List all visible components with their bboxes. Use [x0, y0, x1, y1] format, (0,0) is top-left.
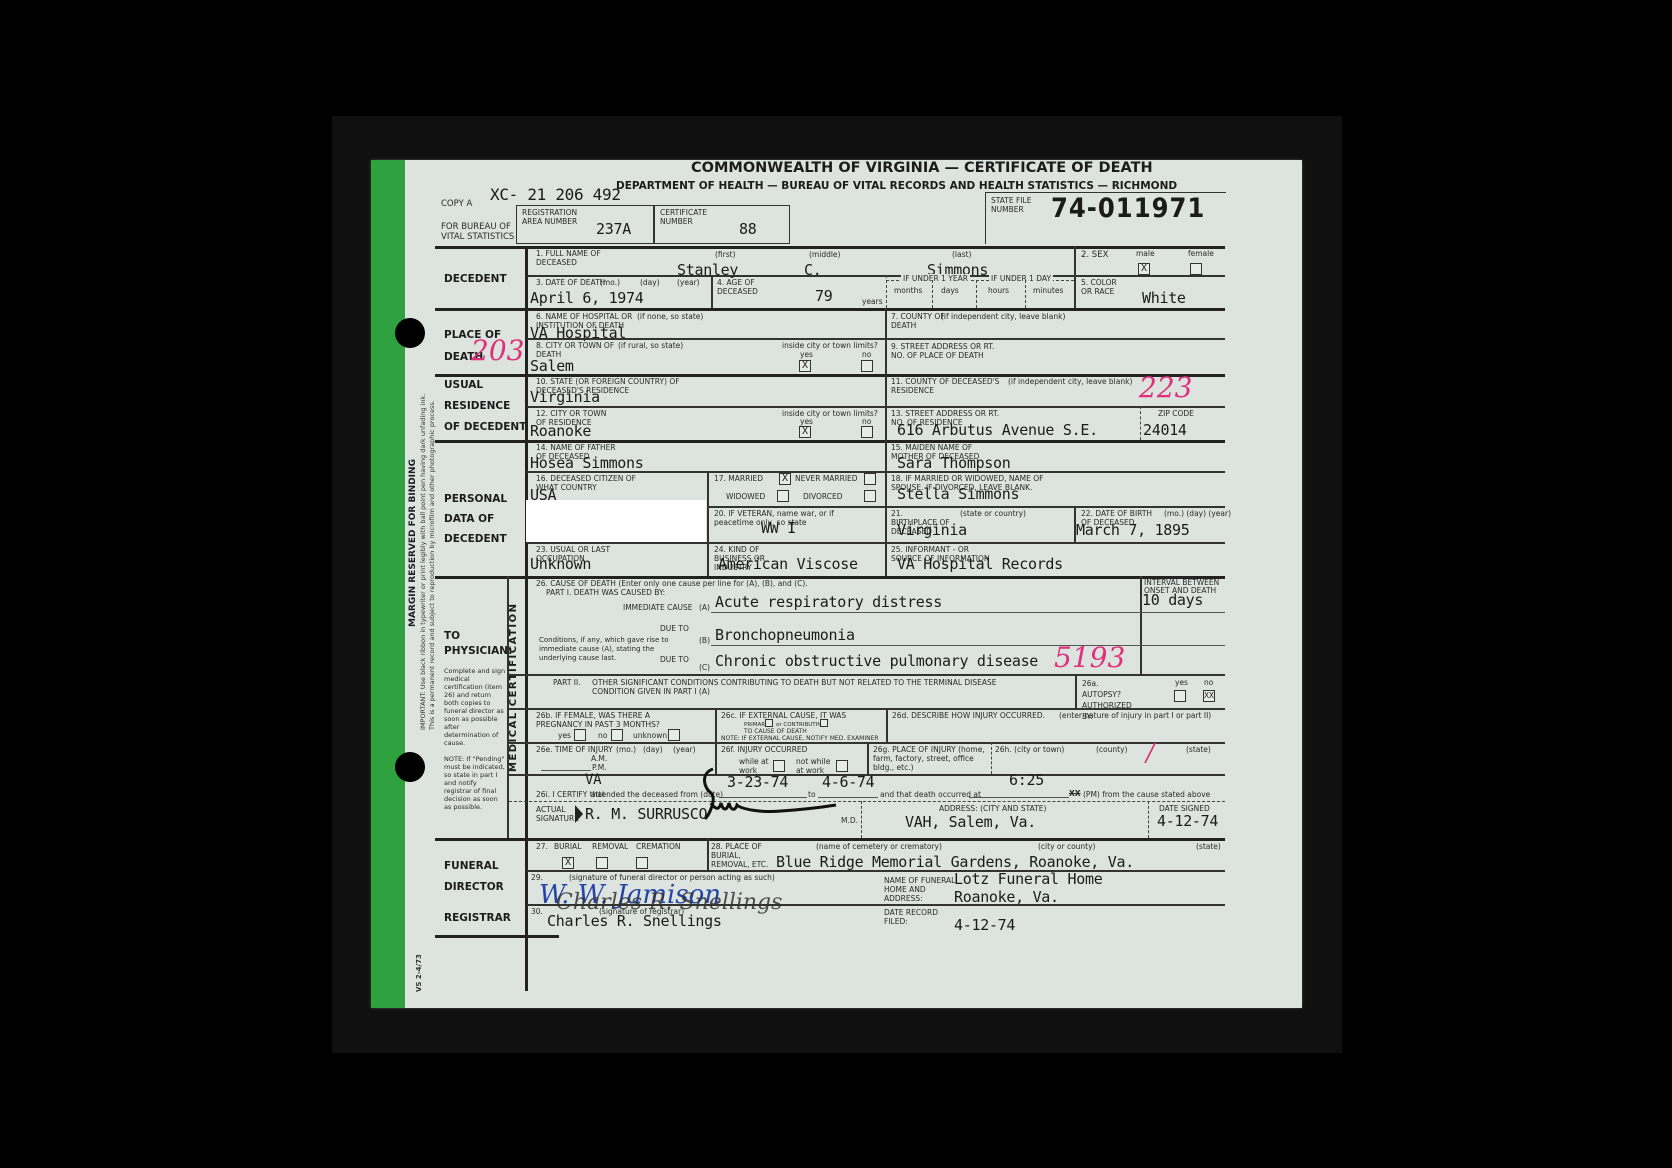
cremation-label: CREMATION	[636, 842, 681, 851]
rule	[991, 742, 992, 774]
years-label: years	[862, 297, 883, 306]
certify-mark: VA	[585, 772, 601, 788]
mother-value: Sara Thompson	[897, 454, 1011, 472]
section-usual: USUAL	[444, 379, 483, 391]
street-of-death-label: 9. STREET ADDRESS OR RT. NO. OF PLACE OF…	[891, 342, 1001, 360]
middle-label: (middle)	[809, 250, 840, 259]
due-to-label: DUE TO	[660, 655, 689, 664]
date-of-death-value: April 6, 1974	[530, 289, 644, 307]
part2-text: OTHER SIGNIFICANT CONDITIONS CONTRIBUTIN…	[592, 678, 1012, 696]
limits-label: inside city or town limits?	[782, 341, 878, 350]
part2-label: PART II.	[553, 678, 581, 687]
married-checkbox[interactable]: X	[779, 473, 791, 485]
male-label: male	[1136, 249, 1155, 258]
rule	[711, 612, 1141, 613]
business-value: American Viscose	[718, 555, 858, 573]
residence-street-value: 616 Arbutus Avenue S.E.	[897, 421, 1098, 439]
divider	[653, 205, 655, 243]
date-filed-value: 4-12-74	[954, 916, 1015, 934]
injury-occurred-label: 26f. INJURY OCCURRED	[721, 745, 807, 754]
race-value: White	[1142, 289, 1186, 307]
primary-checkbox[interactable]	[765, 719, 773, 727]
section-residence: RESIDENCE	[444, 400, 510, 412]
cause-b-value: Bronchopneumonia	[715, 626, 855, 644]
certificate-subtitle: DEPARTMENT OF HEALTH — BUREAU OF VITAL R…	[616, 180, 1177, 192]
rule	[1074, 246, 1076, 308]
residence-county-label: 11. COUNTY OF DECEASED'S RESIDENCE	[891, 377, 1021, 395]
death-time-value: 6:25	[1009, 771, 1044, 789]
rule	[509, 708, 1225, 710]
part1-label: PART I. DEATH WAS CAUSED BY:	[546, 588, 665, 597]
section-decedent-2: DECEDENT	[444, 533, 507, 545]
form-code: VS 2-4/73	[415, 954, 423, 992]
pregnancy-no-label: no	[598, 731, 607, 740]
county-mark-annotation: /	[1146, 739, 1154, 767]
cremation-checkbox[interactable]	[636, 857, 648, 869]
cause-a-value: Acute respiratory distress	[715, 593, 942, 611]
autopsy-no-checkbox[interactable]: XX	[1203, 690, 1215, 702]
mo-label: (mo.)	[600, 278, 620, 287]
section-funeral: FUNERAL	[444, 860, 499, 872]
city-of-death-value: Salem	[530, 357, 574, 375]
residence-inside-limits-yes-checkbox[interactable]: X	[799, 426, 811, 438]
death-occurred-label: and that death occurred at	[880, 790, 981, 799]
burial-city-hint: (city or county)	[1038, 842, 1095, 851]
date-signed-value: 4-12-74	[1157, 812, 1218, 830]
pregnancy-unknown-checkbox[interactable]	[668, 729, 680, 741]
burial-checkbox[interactable]: X	[562, 857, 574, 869]
certificate-number-label: CERTIFICATE NUMBER	[660, 208, 720, 226]
sex-label: 2. SEX	[1081, 250, 1108, 260]
section-physician: PHYSICIAN:	[444, 645, 512, 657]
rule	[509, 674, 1225, 676]
rule	[711, 275, 713, 308]
rule	[527, 870, 1225, 872]
cause-code-annotation: 5193	[1054, 641, 1125, 674]
zip-value: 24014	[1143, 421, 1187, 439]
female-label: female	[1188, 249, 1214, 258]
important-note-1: IMPORTANT: Use black ribbon in typewrite…	[419, 394, 427, 730]
md-label: M.D.	[841, 816, 858, 825]
death-inside-limits-no-checkbox[interactable]	[861, 360, 873, 372]
rule	[707, 506, 1225, 508]
registration-area-number: 237A	[596, 220, 631, 238]
cause-c-marker: (C)	[699, 663, 710, 672]
residence-county-hint: (if independent city, leave blank)	[1008, 377, 1132, 386]
under-year-label: IF UNDER 1 YEAR	[901, 274, 970, 283]
days-label: days	[941, 286, 959, 295]
father-value: Hosea Simmons	[530, 454, 644, 472]
pm-cause-label: (PM) from the cause stated above	[1083, 790, 1210, 799]
months-label: months	[894, 286, 922, 295]
address-label: ADDRESS: (CITY AND STATE)	[939, 804, 1046, 813]
occupation-value: Unknown	[530, 555, 591, 573]
rule	[707, 542, 709, 576]
age-value: 79	[815, 287, 832, 305]
age-label: 4. AGE OF DECEASED	[717, 278, 777, 296]
date-filed-label: DATE RECORD FILED:	[884, 908, 944, 926]
physician-note: Complete and sign medical certification …	[444, 667, 506, 747]
rule	[435, 308, 1225, 311]
section-to: TO	[444, 630, 460, 642]
rule	[861, 801, 862, 838]
yes-label: yes	[800, 350, 813, 359]
zip-label: ZIP CODE	[1158, 409, 1194, 418]
physician-signature	[701, 763, 841, 823]
interval-value: 10 days	[1142, 591, 1203, 609]
copy-number: XC- 21 206 492	[490, 185, 621, 204]
physician-name-value: R. M. SURRUSCO	[585, 805, 707, 823]
binding-margin-text: MARGIN RESERVED FOR BINDING	[408, 459, 418, 627]
divorced-label: DIVORCED	[803, 492, 842, 501]
minutes-label: minutes	[1033, 286, 1063, 295]
pregnancy-label: 26b. IF FEMALE, WAS THERE A PREGNANCY IN…	[536, 711, 696, 729]
medical-certification-label: MEDICAL CERTIFICATION	[508, 603, 519, 772]
rule	[867, 742, 869, 774]
injury-how-label: 26d. DESCRIBE HOW INJURY OCCURRED.	[892, 711, 1045, 720]
certificate-number: 88	[739, 220, 756, 238]
pregnancy-unknown-label: unknown	[633, 731, 667, 740]
pregnancy-yes-label: yes	[558, 731, 571, 740]
county-of-death-label: 7. COUNTY OF DEATH	[891, 312, 946, 330]
race-label: 5. COLOR OR RACE	[1081, 278, 1126, 296]
rule	[435, 838, 1225, 841]
punch-hole-bottom	[395, 752, 425, 782]
physician-address-value: VAH, Salem, Va.	[905, 813, 1036, 831]
am-strike-mark: XX	[1069, 789, 1081, 798]
rule	[885, 440, 887, 576]
disposition-label: 27.	[536, 842, 548, 851]
bureau-label: FOR BUREAU OF VITAL STATISTICS	[441, 222, 521, 242]
removal-checkbox[interactable]	[596, 857, 608, 869]
rule	[886, 708, 888, 742]
day-label: (day)	[643, 745, 663, 754]
funeral-home-name: Lotz Funeral Home	[954, 870, 1102, 888]
place-of-injury-label: 26g. PLACE OF INJURY (home, farm, factor…	[873, 745, 988, 772]
rule	[711, 645, 1225, 646]
hours-label: hours	[988, 286, 1009, 295]
registrar-name: Charles R. Snellings	[547, 912, 722, 930]
burial-label: BURIAL	[554, 842, 581, 851]
rule	[885, 308, 887, 374]
birthdate-value: March 7, 1895	[1076, 521, 1190, 539]
residence-inside-limits-no-checkbox[interactable]	[861, 426, 873, 438]
section-data-of: DATA OF	[444, 513, 494, 525]
widowed-label: WIDOWED	[726, 492, 765, 501]
am-label: A.M.	[591, 754, 607, 763]
funeral-home-label: NAME OF FUNERAL HOME AND ADDRESS:	[884, 876, 964, 903]
state-file-label: STATE FILE NUMBER	[991, 196, 1041, 214]
city-of-death-hint: (if rural, so state)	[618, 341, 683, 350]
mo-label: (mo.)	[616, 745, 636, 754]
injury-how-hint: (enter nature of injury in part I or par…	[1059, 711, 1211, 720]
signature-arrow-icon	[575, 805, 583, 823]
hospital-hint: (if none, so state)	[637, 312, 703, 321]
burial-place-label: 28. PLACE OF BURIAL, REMOVAL, ETC.	[711, 842, 771, 869]
registrar-number: 30.	[531, 907, 543, 916]
contributing-checkbox[interactable]	[820, 719, 828, 727]
cause-b-marker: (B)	[699, 636, 710, 645]
yes-label: yes	[800, 417, 813, 426]
widowed-checkbox[interactable]	[777, 490, 789, 502]
date-of-death-label: 3. DATE OF DEATH	[536, 278, 605, 287]
no-label: no	[862, 417, 871, 426]
never-married-label: NEVER MARRIED	[795, 474, 858, 483]
autopsy-yes-label: yes	[1175, 678, 1188, 687]
rule	[1140, 612, 1225, 613]
time-of-injury-label: 26e. TIME OF INJURY	[536, 745, 613, 754]
no-label: no	[862, 350, 871, 359]
copy-label: COPY A	[441, 199, 472, 209]
cemetery-hint: (name of cemetery or crematory)	[816, 842, 942, 851]
rule	[976, 280, 977, 308]
rule	[435, 935, 559, 938]
sex-male-checkbox[interactable]: X	[1138, 263, 1150, 275]
birthplace-value: Virginia	[897, 521, 967, 539]
injury-city-label: 26h. (city or town)	[995, 745, 1064, 754]
residence-state-value: Virginia	[530, 388, 600, 406]
redacted-region	[526, 500, 706, 542]
rule	[527, 542, 1225, 544]
field-1-label: 1. FULL NAME OF DECEASED	[536, 249, 616, 267]
burial-place-value: Blue Ridge Memorial Gardens, Roanoke, Va…	[776, 853, 1134, 871]
pregnancy-yes-checkbox[interactable]	[574, 729, 586, 741]
rule	[509, 801, 1225, 802]
rule	[527, 338, 1225, 340]
rule	[1140, 406, 1141, 440]
sex-female-checkbox[interactable]	[1190, 263, 1202, 275]
pregnancy-no-checkbox[interactable]	[611, 729, 623, 741]
removal-label: REMOVAL	[592, 842, 628, 851]
under-day-label: IF UNDER 1 DAY	[989, 274, 1053, 283]
county-of-death-hint: (if independent city, leave blank)	[941, 312, 1065, 321]
cause-c-value: Chronic obstructive pulmonary disease	[715, 652, 1038, 670]
rule	[1025, 280, 1026, 308]
pending-note: NOTE: If "Pending" must be indicated, so…	[444, 755, 506, 811]
rule	[707, 838, 709, 870]
important-note-2: This is a permanent record and subject t…	[428, 400, 436, 730]
rule	[541, 770, 591, 771]
section-of-decedent: OF DECEDENT	[444, 421, 526, 433]
rule	[525, 246, 528, 991]
death-inside-limits-yes-checkbox[interactable]: X	[799, 360, 811, 372]
never-married-checkbox[interactable]	[864, 473, 876, 485]
year-label: (year)	[673, 745, 696, 754]
injury-county-label: (county)	[1096, 745, 1127, 754]
rule	[1148, 801, 1149, 838]
section-director: DIRECTOR	[444, 881, 504, 893]
married-label: 17. MARRIED	[714, 474, 763, 483]
state-file-number: 74-011971	[1051, 193, 1205, 224]
year-label: (year)	[677, 278, 700, 287]
punch-hole-top	[395, 318, 425, 348]
due-to-label: DUE TO	[660, 624, 689, 633]
rule	[1075, 674, 1077, 708]
residence-city-value: Roanoke	[530, 422, 591, 440]
section-personal: PERSONAL	[444, 493, 507, 505]
section-decedent: DECEDENT	[444, 273, 507, 285]
birthplace-hint: (state or country)	[960, 509, 1026, 518]
certificate-title: COMMONWEALTH OF VIRGINIA — CERTIFICATE O…	[691, 160, 1153, 176]
binding-margin-stripe	[371, 160, 405, 1008]
rule	[527, 275, 1225, 277]
burial-state-hint: (state)	[1196, 842, 1221, 851]
conditions-note: Conditions, if any, which gave rise to i…	[539, 636, 669, 663]
immediate-cause-label: IMMEDIATE CAUSE	[623, 603, 693, 612]
section-registrar: REGISTRAR	[444, 912, 511, 924]
death-certificate: MARGIN RESERVED FOR BINDING IMPORTANT: U…	[371, 160, 1302, 1008]
veteran-value: WW I	[761, 519, 796, 537]
rule	[932, 280, 933, 308]
rule	[527, 471, 1225, 473]
rule	[969, 797, 1069, 798]
residence-code-annotation: 223	[1139, 371, 1192, 404]
place-code-annotation: 203	[471, 334, 524, 367]
cause-a-marker: (A)	[699, 603, 710, 612]
injury-state-label: (state)	[1186, 745, 1211, 754]
spouse-value: Stella Simmons	[897, 485, 1019, 503]
cause-of-death-label: 26. CAUSE OF DEATH (Enter only one cause…	[536, 579, 808, 588]
first-label: (first)	[715, 250, 736, 259]
rule	[527, 406, 1225, 408]
birthdate-hint: (mo.) (day) (year)	[1164, 509, 1231, 518]
divorced-checkbox[interactable]	[864, 490, 876, 502]
pm-label: P.M.	[592, 763, 607, 772]
day-label: (day)	[640, 278, 660, 287]
informant-value: VA Hospital Records	[897, 555, 1063, 573]
autopsy-no-label: no	[1204, 678, 1213, 687]
autopsy-yes-checkbox[interactable]	[1174, 690, 1186, 702]
last-label: (last)	[952, 250, 971, 259]
registration-area-label: REGISTRATION AREA NUMBER	[522, 208, 592, 226]
